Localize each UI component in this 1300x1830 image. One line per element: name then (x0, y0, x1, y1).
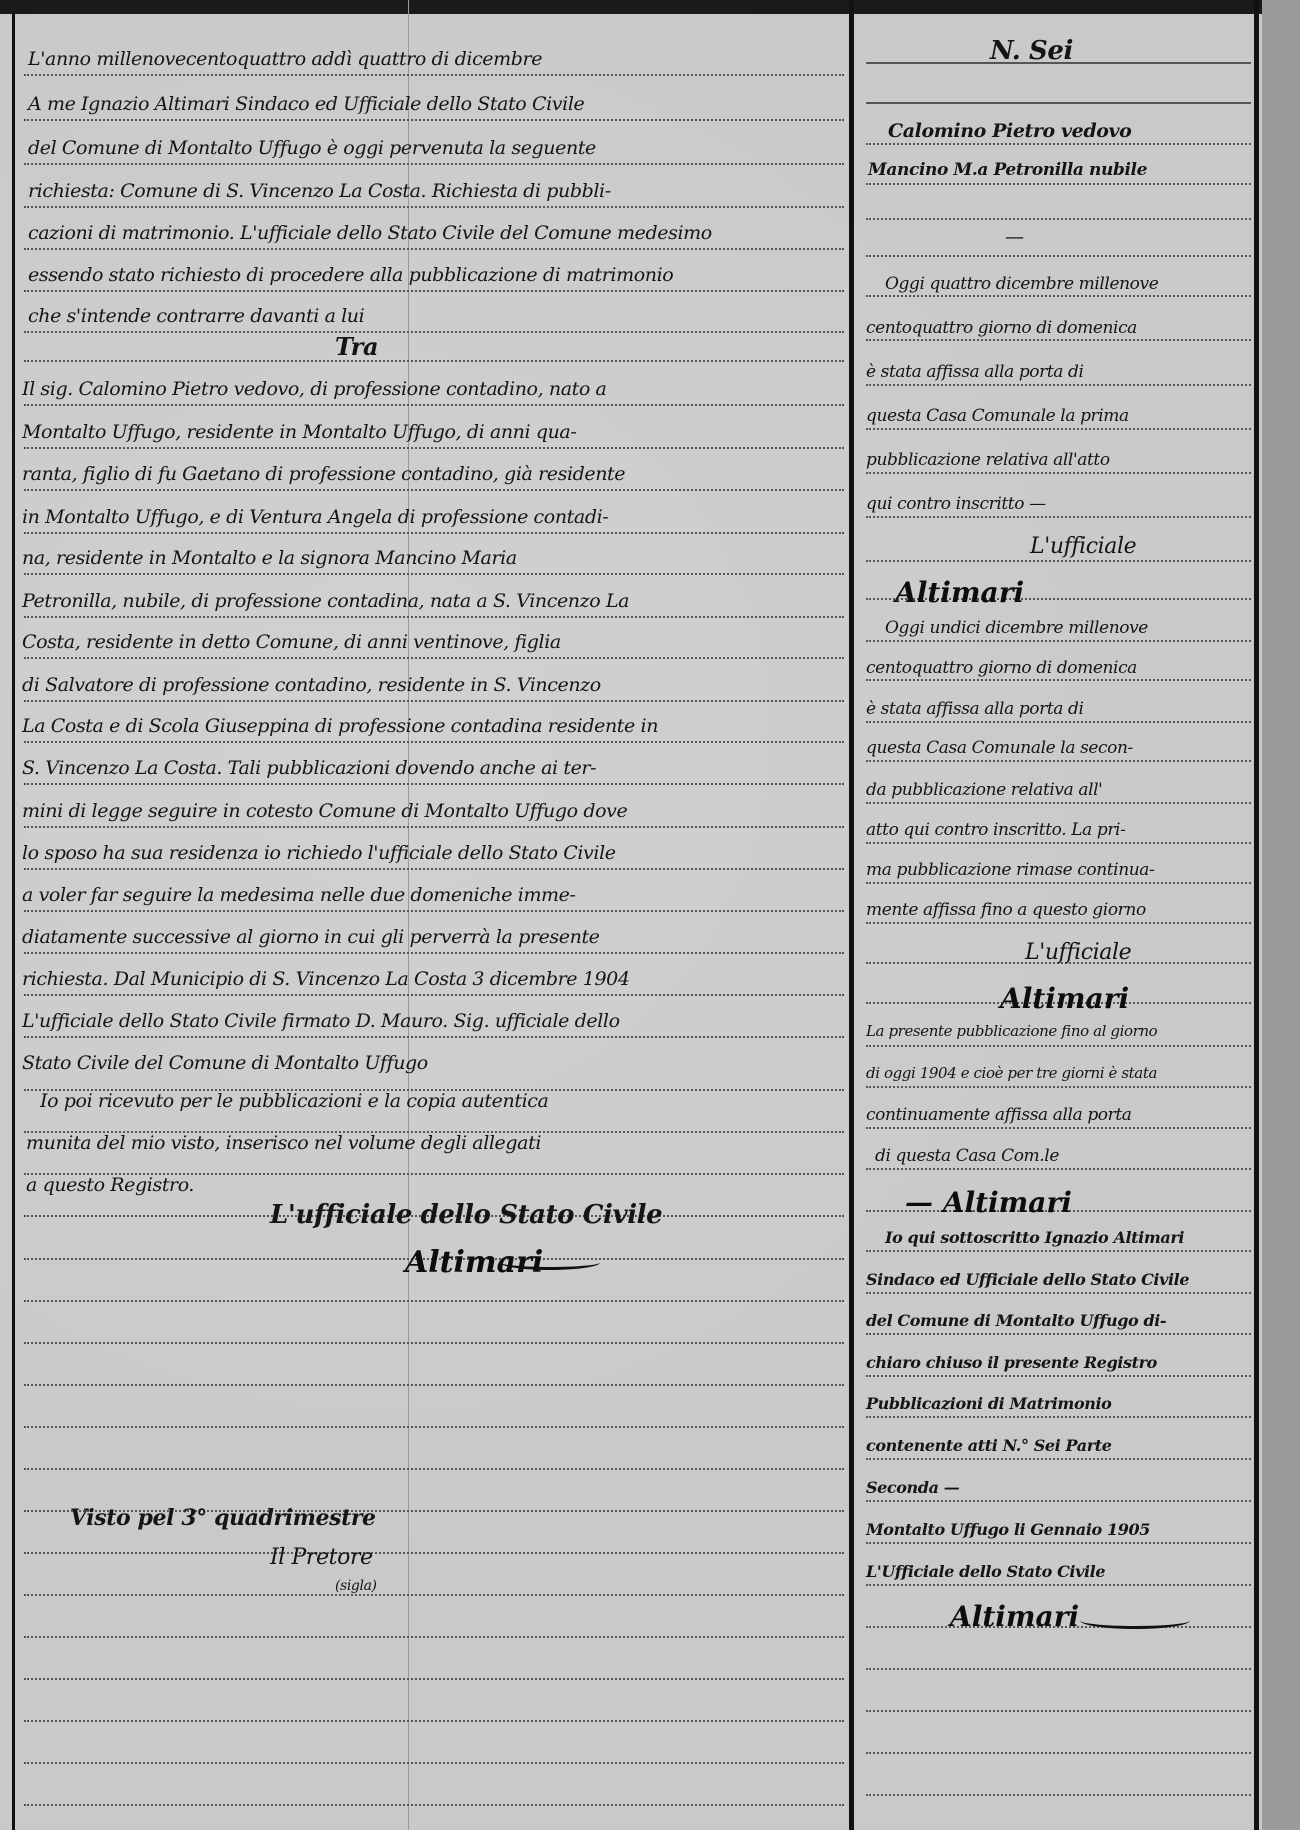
ruled-line (24, 331, 844, 333)
ruled-line (866, 922, 1251, 924)
ruled-line (866, 1500, 1251, 1502)
ruled-line (24, 657, 844, 659)
ruled-line (24, 74, 844, 76)
ruled-line (866, 882, 1251, 884)
ruled-line (24, 994, 844, 996)
parties-line: Stato Civile del Comune di Montalto Uffu… (22, 1052, 428, 1074)
groom-name: Calomino Pietro vedovo (888, 120, 1131, 142)
separator-dash: — (1005, 226, 1024, 248)
ruled-line (24, 1342, 844, 1344)
ruled-line (24, 290, 844, 292)
second-affixion-line: è stata affissa alla porta di (866, 699, 1084, 719)
ruled-line (866, 1710, 1251, 1712)
parties-line: Montalto Uffugo, residente in Montalto U… (22, 421, 576, 443)
ruled-line (866, 679, 1251, 681)
ruled-line (24, 952, 844, 954)
ruled-line (24, 447, 844, 449)
ruled-line (24, 1036, 844, 1038)
third-note-line: di questa Casa Com.le (875, 1146, 1059, 1166)
parties-line: richiesta. Dal Municipio di S. Vincenzo … (22, 968, 630, 990)
first-signature: Altimari (895, 576, 1024, 609)
ruled-line (24, 616, 844, 618)
ruled-line (866, 802, 1251, 804)
ruled-line (866, 1752, 1251, 1754)
tra-heading: Tra (335, 332, 378, 361)
act-line: essendo stato richiesto di procedere all… (28, 264, 673, 286)
parties-line: di Salvatore di professione contadino, r… (22, 674, 601, 696)
act-line: che s'intende contrarre davanti a lui (28, 305, 364, 327)
ruled-line (24, 1300, 844, 1302)
ruled-line (866, 1794, 1251, 1796)
act-line: richiesta: Comune di S. Vincenzo La Cost… (28, 180, 611, 202)
second-affixion-line: questa Casa Comunale la secon- (866, 738, 1133, 758)
pretore-initials: (sigla) (335, 1578, 377, 1594)
act-line: cazioni di matrimonio. L'ufficiale dello… (28, 222, 712, 244)
third-note-line: continuamente affissa alla porta (866, 1105, 1132, 1125)
first-affixion-line: centoquattro giorno di domenica (866, 318, 1137, 338)
third-note-line: di oggi 1904 e cioè per tre giorni è sta… (866, 1064, 1157, 1082)
ruled-line (866, 218, 1251, 220)
parties-line: diatamente successive al giorno in cui g… (22, 926, 600, 948)
ruled-line (866, 842, 1251, 844)
second-signature: Altimari (1000, 982, 1129, 1015)
left-border-rule (12, 12, 15, 1830)
record-number: N. Sei (990, 36, 1073, 66)
ruled-line (24, 1804, 844, 1806)
right-edge (1262, 0, 1300, 1830)
ruled-line (866, 1045, 1251, 1047)
ruled-line (866, 1375, 1251, 1377)
parties-line: munita del mio visto, inserisco nel volu… (26, 1132, 541, 1154)
parties-line: La Costa e di Scola Giuseppina di profes… (22, 715, 658, 737)
ruled-line (866, 1584, 1251, 1586)
ruled-line (24, 248, 844, 250)
closure-line: Sindaco ed Ufficiale dello Stato Civile (866, 1270, 1189, 1289)
ruled-line (866, 1458, 1251, 1460)
closure-line: del Comune di Montalto Uffugo di- (866, 1311, 1166, 1330)
ruled-line (866, 1668, 1251, 1670)
first-affixion-line: è stata affissa alla porta di (866, 362, 1084, 382)
ruled-line (24, 1594, 844, 1596)
ruled-line (24, 1762, 844, 1764)
ruled-line (866, 472, 1251, 474)
ruled-line (866, 1333, 1251, 1335)
parties-line: Petronilla, nubile, di professione conta… (22, 590, 629, 612)
ruled-line (866, 1250, 1251, 1252)
bride-name: Mancino M.a Petronilla nubile (868, 160, 1147, 180)
top-edge (0, 0, 1300, 14)
signature-flourish (500, 1255, 600, 1270)
register-page: L'anno millenovecentoquattro addì quattr… (0, 0, 1300, 1830)
act-line: del Comune di Montalto Uffugo è oggi per… (28, 137, 596, 159)
ruled-line (866, 384, 1251, 386)
closure-line: Montalto Uffugo li Gennaio 1905 (866, 1520, 1150, 1539)
ruled-line (866, 1292, 1251, 1294)
ruled-line (24, 868, 844, 870)
closure-line: Pubblicazioni di Matrimonio (866, 1394, 1111, 1413)
ruled-line (24, 783, 844, 785)
second-affixion-line: atto qui contro inscritto. La pri- (866, 820, 1125, 840)
first-affixion-line: qui contro inscritto — (866, 494, 1046, 514)
ruled-line (866, 516, 1251, 518)
parties-line: a voler far seguire la medesima nelle du… (22, 884, 576, 906)
signature-flourish (1080, 1612, 1190, 1629)
parties-line: mini di legge seguire in cotesto Comune … (22, 800, 627, 822)
ruled-line (866, 1086, 1251, 1088)
ruled-line (866, 560, 1251, 562)
ruled-line (866, 1127, 1251, 1129)
ruled-line (24, 741, 844, 743)
ruled-line (24, 1552, 844, 1554)
ruled-line (866, 295, 1251, 297)
ruled-line (24, 1720, 844, 1722)
act-line: L'anno millenovecentoquattro addì quattr… (28, 48, 542, 70)
ruled-line (24, 119, 844, 121)
first-affixion-line: questa Casa Comunale la prima (866, 406, 1129, 426)
first-official-title: L'ufficiale (1030, 534, 1136, 559)
parties-line: a questo Registro. (26, 1174, 194, 1196)
parties-line: Il sig. Calomino Pietro vedovo, di profe… (22, 378, 606, 400)
second-affixion-line: centoquattro giorno di domenica (866, 658, 1137, 678)
ruled-line (24, 573, 844, 575)
ruled-line (866, 339, 1251, 341)
ruled-line (24, 910, 844, 912)
ruled-line (24, 826, 844, 828)
ruled-line (866, 1416, 1251, 1418)
ruled-line (24, 1468, 844, 1470)
first-affixion-line: Oggi quattro dicembre millenove (885, 274, 1158, 294)
third-note-line: La presente pubblicazione fino al giorno (866, 1022, 1157, 1040)
right-border-rule (1254, 0, 1259, 1830)
closure-line: Seconda — (866, 1478, 959, 1497)
first-affixion-line: pubblicazione relativa all'atto (866, 450, 1110, 470)
ruled-line (866, 721, 1251, 723)
parties-line: lo sposo ha sua residenza io richiedo l'… (22, 842, 616, 864)
second-official-title: L'ufficiale (1025, 940, 1131, 965)
ruled-line (24, 1678, 844, 1680)
act-line: A me Ignazio Altimari Sindaco ed Ufficia… (28, 93, 584, 115)
ruled-line (24, 1426, 844, 1428)
closing-official-title: L'ufficiale dello Stato Civile (270, 1200, 662, 1230)
closure-line: chiaro chiuso il presente Registro (866, 1353, 1157, 1372)
ruled-line (866, 760, 1251, 762)
ruled-line (24, 489, 844, 491)
ruled-line (866, 640, 1251, 642)
ruled-line (24, 360, 844, 362)
ruled-line (24, 163, 844, 165)
ruled-line (24, 1636, 844, 1638)
second-affixion-line: ma pubblicazione rimase continua- (866, 860, 1154, 880)
column-divider (849, 0, 854, 1830)
parties-line: Io poi ricevuto per le pubblicazioni e l… (40, 1090, 548, 1112)
closure-line: Io qui sottoscritto Ignazio Altimari (885, 1228, 1184, 1247)
ruled-line (866, 102, 1251, 104)
ruled-line (24, 1384, 844, 1386)
ruled-line (24, 700, 844, 702)
parties-line: in Montalto Uffugo, e di Ventura Angela … (22, 506, 608, 528)
ruled-line (866, 1542, 1251, 1544)
ruled-line (866, 183, 1251, 185)
pretore-label: Il Pretore (270, 1545, 373, 1570)
ruled-line (866, 1168, 1251, 1170)
parties-line: L'ufficiale dello Stato Civile firmato D… (22, 1010, 620, 1032)
ruled-line (866, 428, 1251, 430)
ruled-line (866, 143, 1251, 145)
ruled-line (24, 206, 844, 208)
ruled-line (866, 255, 1251, 257)
second-affixion-line: Oggi undici dicembre millenove (885, 618, 1148, 638)
ruled-line (24, 532, 844, 534)
parties-line: na, residente in Montalto e la signora M… (22, 547, 517, 569)
third-signature: — Altimari (905, 1186, 1072, 1219)
closure-line: L'Ufficiale dello Stato Civile (866, 1562, 1105, 1581)
parties-line: ranta, figlio di fu Gaetano di professio… (22, 463, 625, 485)
parties-line: S. Vincenzo La Costa. Tali pubblicazioni… (22, 757, 596, 779)
parties-line: Costa, residente in detto Comune, di ann… (22, 631, 561, 653)
closure-signature: Altimari (950, 1600, 1079, 1633)
second-affixion-line: mente affissa fino a questo giorno (866, 900, 1146, 920)
ruled-line (24, 404, 844, 406)
visto-line: Visto pel 3° quadrimestre (70, 1505, 376, 1531)
closure-line: contenente atti N.° Sei Parte (866, 1436, 1112, 1455)
second-affixion-line: da pubblicazione relativa all' (866, 780, 1102, 800)
